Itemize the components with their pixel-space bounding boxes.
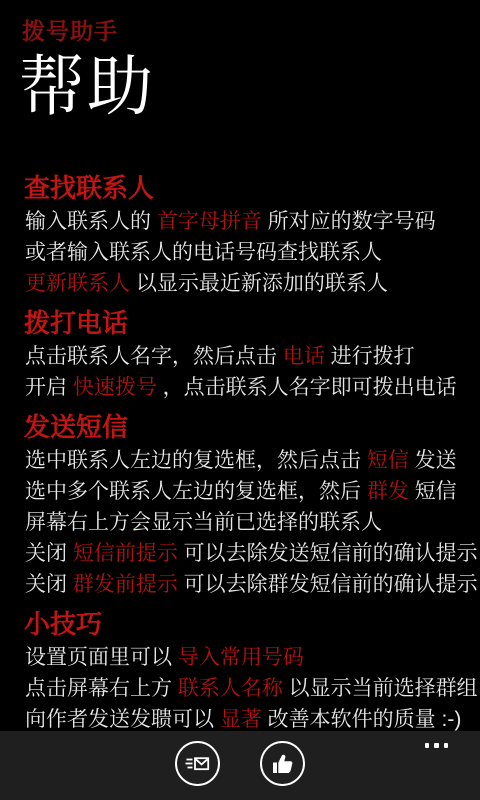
help-section: 查找联系人输入联系人的 首字母拼音 所对应的数字号码或者输入联系人的电话号码查找… [0, 172, 480, 299]
text-segment: 关闭 [25, 573, 73, 596]
text-segment: 改善本软件的质量 :-) [262, 708, 462, 731]
ellipsis-icon [425, 743, 430, 748]
section-heading: 查找联系人 [24, 172, 480, 204]
help-line: 关闭 群发前提示 可以去除群发短信前的确认提示 [25, 569, 480, 600]
text-segment: 以显示当前选择群组 [283, 677, 478, 700]
text-segment: 短信 [409, 480, 457, 503]
app-bar-buttons [0, 731, 480, 786]
accent-keyword: 快速拨号 [73, 376, 157, 399]
page-title: 帮助 [19, 48, 480, 124]
text-segment: 输入联系人的 [25, 210, 157, 233]
text-segment: 选中联系人左边的复选框，然后点击 [25, 449, 367, 472]
accent-keyword: 短信前提示 [73, 542, 178, 565]
text-segment: ，点击联系人名字即可拨出电话 [157, 376, 457, 399]
text-segment: 设置页面里可以 [25, 646, 178, 669]
accent-keyword: 更新联系人 [25, 272, 130, 295]
accent-keyword: 显著 [220, 708, 262, 731]
app-name: 拨号助手 [22, 18, 480, 44]
masthead: 拨号助手 帮助 [0, 0, 480, 164]
help-section: 小技巧设置页面里可以 导入常用号码点击屏幕右上方 联系人名称 以显示当前选择群组… [0, 608, 480, 735]
help-content: 查找联系人输入联系人的 首字母拼音 所对应的数字号码或者输入联系人的电话号码查找… [0, 172, 480, 735]
help-line: 设置页面里可以 导入常用号码 [25, 642, 480, 673]
text-segment: 屏幕右上方会显示当前已选择的联系人 [25, 511, 382, 534]
help-line: 或者输入联系人的电话号码查找联系人 [25, 237, 480, 268]
section-heading: 小技巧 [24, 608, 480, 640]
accent-keyword: 群发前提示 [73, 573, 178, 596]
help-line: 输入联系人的 首字母拼音 所对应的数字号码 [25, 206, 480, 237]
help-line: 点击联系人名字，然后点击 电话 进行拨打 [25, 341, 480, 372]
accent-keyword: 导入常用号码 [178, 646, 304, 669]
text-segment: 点击联系人名字，然后点击 [25, 345, 283, 368]
accent-keyword: 电话 [283, 345, 325, 368]
text-segment: 所对应的数字号码 [262, 210, 436, 233]
text-segment: 发送 [409, 449, 457, 472]
help-line: 屏幕右上方会显示当前已选择的联系人 [25, 507, 480, 538]
help-line: 开启 快速拨号 ，点击联系人名字即可拨出电话 [25, 372, 480, 403]
help-line: 选中多个联系人左边的复选框，然后 群发 短信 [25, 476, 480, 507]
section-heading: 发送短信 [24, 411, 480, 443]
feedback-button[interactable] [175, 741, 220, 786]
send-feedback-icon [184, 750, 211, 777]
app-bar [0, 731, 480, 800]
text-segment: 可以去除群发短信前的确认提示 [178, 573, 478, 596]
accent-keyword: 短信 [367, 449, 409, 472]
help-section: 发送短信选中联系人左边的复选框，然后点击 短信 发送选中多个联系人左边的复选框，… [0, 411, 480, 600]
help-line: 关闭 短信前提示 可以去除发送短信前的确认提示 [25, 538, 480, 569]
section-heading: 拨打电话 [24, 307, 480, 339]
more-button[interactable] [421, 737, 453, 754]
text-segment: 向作者发送发聩可以 [25, 708, 220, 731]
help-section: 拨打电话点击联系人名字，然后点击 电话 进行拨打开启 快速拨号 ，点击联系人名字… [0, 307, 480, 403]
thumbs-up-icon [270, 751, 296, 777]
help-line: 更新联系人 以显示最近新添加的联系人 [25, 268, 480, 299]
accent-keyword: 联系人名称 [178, 677, 283, 700]
accent-keyword: 首字母拼音 [157, 210, 262, 233]
text-segment: 点击屏幕右上方 [25, 677, 178, 700]
text-segment: 关闭 [25, 542, 73, 565]
help-line: 选中联系人左边的复选框，然后点击 短信 发送 [25, 445, 480, 476]
ellipsis-icon [434, 743, 439, 748]
ellipsis-icon [444, 743, 449, 748]
text-segment: 进行拨打 [325, 345, 415, 368]
screen: 拨号助手 帮助 查找联系人输入联系人的 首字母拼音 所对应的数字号码或者输入联系… [0, 0, 480, 800]
text-segment: 或者输入联系人的电话号码查找联系人 [25, 241, 382, 264]
text-segment: 选中多个联系人左边的复选框，然后 [25, 480, 367, 503]
rate-button[interactable] [260, 741, 305, 786]
help-line: 点击屏幕右上方 联系人名称 以显示当前选择群组 [25, 673, 480, 704]
accent-keyword: 群发 [367, 480, 409, 503]
text-segment: 以显示最近新添加的联系人 [130, 272, 388, 295]
text-segment: 开启 [25, 376, 73, 399]
text-segment: 可以去除发送短信前的确认提示 [178, 542, 478, 565]
